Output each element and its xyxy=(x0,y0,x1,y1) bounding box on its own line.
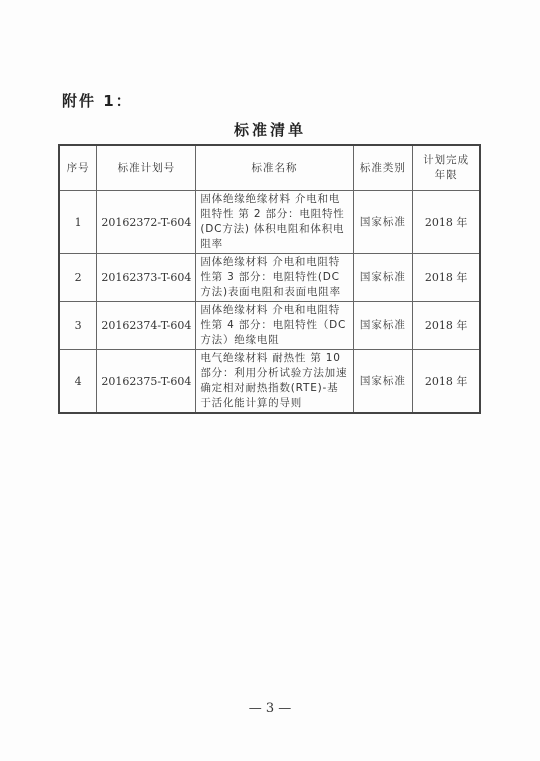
cell-plan-no: 20162375-T-604 xyxy=(97,350,196,414)
header-year-text: 计划完成年限 xyxy=(420,153,472,183)
cell-category: 国家标准 xyxy=(353,350,413,414)
header-category: 标准类别 xyxy=(353,145,413,191)
table-row: 4 20162375-T-604 电气绝缘材料 耐热性 第 10 部分：利用分析… xyxy=(59,350,480,414)
page-number: — 3 — xyxy=(0,701,540,716)
header-name: 标准名称 xyxy=(196,145,353,191)
attachment-label: 附件 1： xyxy=(62,90,133,111)
header-year: 计划完成年限 xyxy=(413,145,480,191)
cell-no: 3 xyxy=(59,302,97,350)
cell-name: 固体绝缘绝缘材料 介电和电阻特性 第 2 部分：电阻特性(DC方法) 体积电阻和… xyxy=(196,191,353,254)
standards-table: 序号 标准计划号 标准名称 标准类别 计划完成年限 1 20162372-T-6… xyxy=(58,144,481,414)
header-no: 序号 xyxy=(59,145,97,191)
cell-plan-no: 20162374-T-604 xyxy=(97,302,196,350)
cell-name: 固体绝缘材料 介电和电阻特性第 4 部分：电阻特性（DC 方法）绝缘电阻 xyxy=(196,302,353,350)
table-row: 1 20162372-T-604 固体绝缘绝缘材料 介电和电阻特性 第 2 部分… xyxy=(59,191,480,254)
cell-year: 2018 年 xyxy=(413,254,480,302)
table-header-row: 序号 标准计划号 标准名称 标准类别 计划完成年限 xyxy=(59,145,480,191)
header-plan-no: 标准计划号 xyxy=(97,145,196,191)
table-row: 2 20162373-T-604 固体绝缘材料 介电和电阻特性第 3 部分：电阻… xyxy=(59,254,480,302)
document-title: 标准清单 xyxy=(0,119,540,140)
cell-year: 2018 年 xyxy=(413,350,480,414)
cell-year: 2018 年 xyxy=(413,302,480,350)
cell-plan-no: 20162372-T-604 xyxy=(97,191,196,254)
cell-no: 4 xyxy=(59,350,97,414)
cell-name: 固体绝缘材料 介电和电阻特性第 3 部分：电阻特性(DC 方法)表面电阻和表面电… xyxy=(196,254,353,302)
cell-plan-no: 20162373-T-604 xyxy=(97,254,196,302)
table-row: 3 20162374-T-604 固体绝缘材料 介电和电阻特性第 4 部分：电阻… xyxy=(59,302,480,350)
cell-category: 国家标准 xyxy=(353,191,413,254)
cell-name: 电气绝缘材料 耐热性 第 10 部分：利用分析试验方法加速确定相对耐热指数(RT… xyxy=(196,350,353,414)
cell-year: 2018 年 xyxy=(413,191,480,254)
cell-category: 国家标准 xyxy=(353,302,413,350)
cell-no: 2 xyxy=(59,254,97,302)
cell-category: 国家标准 xyxy=(353,254,413,302)
cell-no: 1 xyxy=(59,191,97,254)
